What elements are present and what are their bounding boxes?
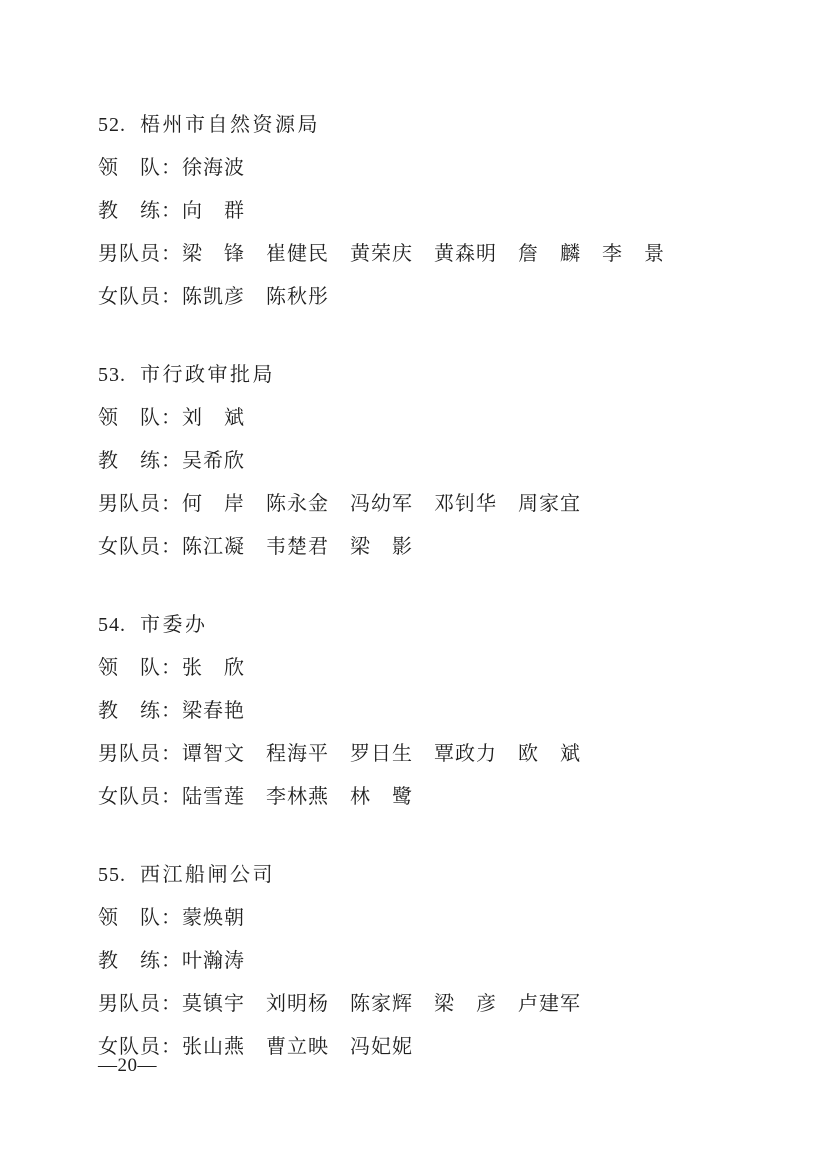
coach-row: 教 练：吴希欣 xyxy=(98,440,776,483)
coach-name: 吴希欣 xyxy=(182,450,245,472)
leader-row: 领 队：蒙焕朝 xyxy=(98,897,776,940)
document-page: 52.梧州市自然资源局 领 队：徐海波 教 练：向 群 男队员：梁 锋 崔健民 … xyxy=(0,0,826,1169)
team-number: 53. xyxy=(98,364,126,386)
leader-name: 刘 斌 xyxy=(182,407,245,429)
coach-label: 教 练： xyxy=(98,950,182,972)
male-members-list: 何 岸 陈永金 冯幼军 邓钊华 周家宜 xyxy=(182,493,581,515)
male-members-label: 男队员： xyxy=(98,493,182,515)
coach-name: 叶瀚涛 xyxy=(182,950,245,972)
team-title: 市委办 xyxy=(140,614,208,636)
female-members-row: 女队员：张山燕 曹立映 冯妃妮 xyxy=(98,1026,776,1069)
female-members-list: 陈凯彦 陈秋彤 xyxy=(182,286,329,308)
female-members-row: 女队员：陈江凝 韦楚君 梁 影 xyxy=(98,526,776,569)
female-members-list: 陈江凝 韦楚君 梁 影 xyxy=(182,536,413,558)
coach-label: 教 练： xyxy=(98,700,182,722)
team-heading: 53.市行政审批局 xyxy=(98,354,776,397)
team-title: 梧州市自然资源局 xyxy=(140,114,320,136)
male-members-label: 男队员： xyxy=(98,243,182,265)
female-members-list: 张山燕 曹立映 冯妃妮 xyxy=(182,1036,413,1058)
male-members-row: 男队员：莫镇宇 刘明杨 陈家辉 梁 彦 卢建军 xyxy=(98,983,776,1026)
page-number: —20— xyxy=(98,1054,157,1078)
female-members-row: 女队员：陆雪莲 李林燕 林 鹭 xyxy=(98,776,776,819)
team-title: 市行政审批局 xyxy=(140,364,275,386)
team-heading: 55.西江船闸公司 xyxy=(98,854,776,897)
male-members-label: 男队员： xyxy=(98,993,182,1015)
female-members-label: 女队员： xyxy=(98,536,182,558)
coach-row: 教 练：向 群 xyxy=(98,190,776,233)
coach-name: 梁春艳 xyxy=(182,700,245,722)
leader-label: 领 队： xyxy=(98,907,182,929)
female-members-label: 女队员： xyxy=(98,286,182,308)
team-heading: 52.梧州市自然资源局 xyxy=(98,104,776,147)
male-members-row: 男队员：谭智文 程海平 罗日生 覃政力 欧 斌 xyxy=(98,733,776,776)
leader-name: 徐海波 xyxy=(182,157,245,179)
leader-row: 领 队：张 欣 xyxy=(98,647,776,690)
male-members-label: 男队员： xyxy=(98,743,182,765)
document-content: 52.梧州市自然资源局 领 队：徐海波 教 练：向 群 男队员：梁 锋 崔健民 … xyxy=(98,104,776,1069)
male-members-list: 谭智文 程海平 罗日生 覃政力 欧 斌 xyxy=(182,743,581,765)
team-heading: 54.市委办 xyxy=(98,604,776,647)
leader-label: 领 队： xyxy=(98,657,182,679)
coach-label: 教 练： xyxy=(98,200,182,222)
female-members-list: 陆雪莲 李林燕 林 鹭 xyxy=(182,786,413,808)
team-section: 55.西江船闸公司 领 队：蒙焕朝 教 练：叶瀚涛 男队员：莫镇宇 刘明杨 陈家… xyxy=(98,854,776,1069)
leader-label: 领 队： xyxy=(98,407,182,429)
leader-name: 张 欣 xyxy=(182,657,245,679)
coach-row: 教 练：叶瀚涛 xyxy=(98,940,776,983)
coach-label: 教 练： xyxy=(98,450,182,472)
team-section: 52.梧州市自然资源局 领 队：徐海波 教 练：向 群 男队员：梁 锋 崔健民 … xyxy=(98,104,776,319)
team-title: 西江船闸公司 xyxy=(140,864,275,886)
coach-row: 教 练：梁春艳 xyxy=(98,690,776,733)
male-members-list: 莫镇宇 刘明杨 陈家辉 梁 彦 卢建军 xyxy=(182,993,581,1015)
male-members-row: 男队员：何 岸 陈永金 冯幼军 邓钊华 周家宜 xyxy=(98,483,776,526)
team-number: 54. xyxy=(98,614,126,636)
male-members-row: 男队员：梁 锋 崔健民 黄荣庆 黄森明 詹 麟 李 景 xyxy=(98,233,776,276)
leader-label: 领 队： xyxy=(98,157,182,179)
male-members-list: 梁 锋 崔健民 黄荣庆 黄森明 詹 麟 李 景 xyxy=(182,243,665,265)
leader-name: 蒙焕朝 xyxy=(182,907,245,929)
female-members-label: 女队员： xyxy=(98,786,182,808)
team-section: 53.市行政审批局 领 队：刘 斌 教 练：吴希欣 男队员：何 岸 陈永金 冯幼… xyxy=(98,354,776,569)
leader-row: 领 队：刘 斌 xyxy=(98,397,776,440)
female-members-row: 女队员：陈凯彦 陈秋彤 xyxy=(98,276,776,319)
team-section: 54.市委办 领 队：张 欣 教 练：梁春艳 男队员：谭智文 程海平 罗日生 覃… xyxy=(98,604,776,819)
team-number: 55. xyxy=(98,864,126,886)
leader-row: 领 队：徐海波 xyxy=(98,147,776,190)
team-number: 52. xyxy=(98,114,126,136)
coach-name: 向 群 xyxy=(182,200,245,222)
